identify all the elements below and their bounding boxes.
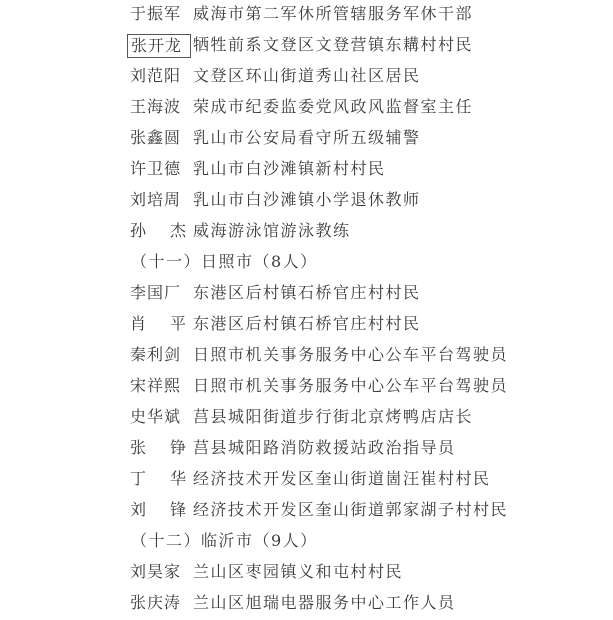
person-name: 张庆涛 xyxy=(130,589,186,617)
person-name: 于振军 xyxy=(130,0,186,28)
person-description: 威海市第二军休所管辖服务军休干部 xyxy=(193,0,473,28)
person-name: 刘培周 xyxy=(130,186,186,214)
list-item: 许卫德 乳山市白沙滩镇新村村民 xyxy=(0,155,613,183)
section-title: （十二）临沂市（9人） xyxy=(131,527,318,555)
list-item: 王海波 荣成市纪委监委党风政风监督室主任 xyxy=(0,93,613,121)
person-description: 文登区环山街道秀山社区居民 xyxy=(193,62,421,90)
person-description: 莒县城阳街道步行街北京烤鸭店店长 xyxy=(193,403,473,431)
person-description: 乳山市公安局看守所五级辅警 xyxy=(193,124,421,152)
list-item: 丁 华 经济技术开发区奎山街道崮汪崔村村民 xyxy=(0,465,613,493)
list-item: 张庆涛 兰山区旭瑞电器服务中心工作人员 xyxy=(0,589,613,617)
name-char: 肖 xyxy=(130,310,146,338)
person-name-highlighted: 张开龙 xyxy=(127,34,191,58)
person-name: 刘范阳 xyxy=(130,62,186,90)
list-item: 刘培周 乳山市白沙滩镇小学退休教师 xyxy=(0,186,613,214)
list-item: 宋祥熙 日照市机关事务服务中心公车平台驾驶员 xyxy=(0,372,613,400)
list-item: 张开龙 牺牲前系文登区文登营镇东耩村村民 xyxy=(0,31,613,59)
name-char: 孙 xyxy=(130,217,146,245)
person-description: 日照市机关事务服务中心公车平台驾驶员 xyxy=(193,372,508,400)
name-char: 丁 xyxy=(130,465,146,493)
name-char: 铮 xyxy=(170,434,186,462)
person-name: 宋祥熙 xyxy=(130,372,186,400)
list-item: 史华斌 莒县城阳街道步行街北京烤鸭店店长 xyxy=(0,403,613,431)
person-description: 兰山区枣园镇义和屯村村民 xyxy=(193,558,403,586)
list-item: 于振军 威海市第二军休所管辖服务军休干部 xyxy=(0,0,613,28)
person-description: 乳山市白沙滩镇新村村民 xyxy=(193,155,386,183)
name-char: 刘 xyxy=(130,496,146,524)
list-item: 张鑫圆 乳山市公安局看守所五级辅警 xyxy=(0,124,613,152)
list-item: 孙 杰 威海游泳馆游泳教练 xyxy=(0,217,613,245)
list-item: 秦利剑 日照市机关事务服务中心公车平台驾驶员 xyxy=(0,341,613,369)
person-description: 牺牲前系文登区文登营镇东耩村村民 xyxy=(193,31,473,59)
person-description: 经济技术开发区奎山街道崮汪崔村村民 xyxy=(193,465,491,493)
person-name: 张鑫圆 xyxy=(130,124,186,152)
name-char: 锋 xyxy=(170,496,186,524)
list-item: 李国厂 东港区后村镇石桥官庄村村民 xyxy=(0,279,613,307)
person-name: 秦利剑 xyxy=(130,341,186,369)
section-heading: （十一）日照市（8人） xyxy=(0,248,613,276)
list-item: 刘范阳 文登区环山街道秀山社区居民 xyxy=(0,62,613,90)
person-description: 经济技术开发区奎山街道郭家湖子村村民 xyxy=(193,496,508,524)
person-description: 兰山区旭瑞电器服务中心工作人员 xyxy=(193,589,456,617)
section-title: （十一）日照市（8人） xyxy=(131,248,318,276)
person-description: 威海游泳馆游泳教练 xyxy=(193,217,351,245)
list-item: 肖 平 东港区后村镇石桥官庄村村民 xyxy=(0,310,613,338)
person-description: 荣成市纪委监委党风政风监督室主任 xyxy=(193,93,473,121)
person-name: 史华斌 xyxy=(130,403,186,431)
section-heading: （十二）临沂市（9人） xyxy=(0,527,613,555)
list-item: 刘 锋 经济技术开发区奎山街道郭家湖子村村民 xyxy=(0,496,613,524)
person-description: 乳山市白沙滩镇小学退休教师 xyxy=(193,186,421,214)
person-name: 许卫德 xyxy=(130,155,186,183)
list-item: 张 铮 莒县城阳路消防救援站政治指导员 xyxy=(0,434,613,462)
name-char: 杰 xyxy=(170,217,186,245)
person-description: 东港区后村镇石桥官庄村村民 xyxy=(193,279,421,307)
name-char: 华 xyxy=(170,465,186,493)
document-page: 于振军 威海市第二军休所管辖服务军休干部 张开龙 牺牲前系文登区文登营镇东耩村村… xyxy=(0,0,613,620)
name-char: 平 xyxy=(170,310,186,338)
name-char: 张 xyxy=(130,434,146,462)
person-description: 日照市机关事务服务中心公车平台驾驶员 xyxy=(193,341,508,369)
person-description: 莒县城阳路消防救援站政治指导员 xyxy=(193,434,456,462)
person-name: 李国厂 xyxy=(130,279,186,307)
person-name: 王海波 xyxy=(130,93,186,121)
list-item: 刘昊家 兰山区枣园镇义和屯村村民 xyxy=(0,558,613,586)
person-description: 东港区后村镇石桥官庄村村民 xyxy=(193,310,421,338)
person-name: 刘昊家 xyxy=(130,558,186,586)
